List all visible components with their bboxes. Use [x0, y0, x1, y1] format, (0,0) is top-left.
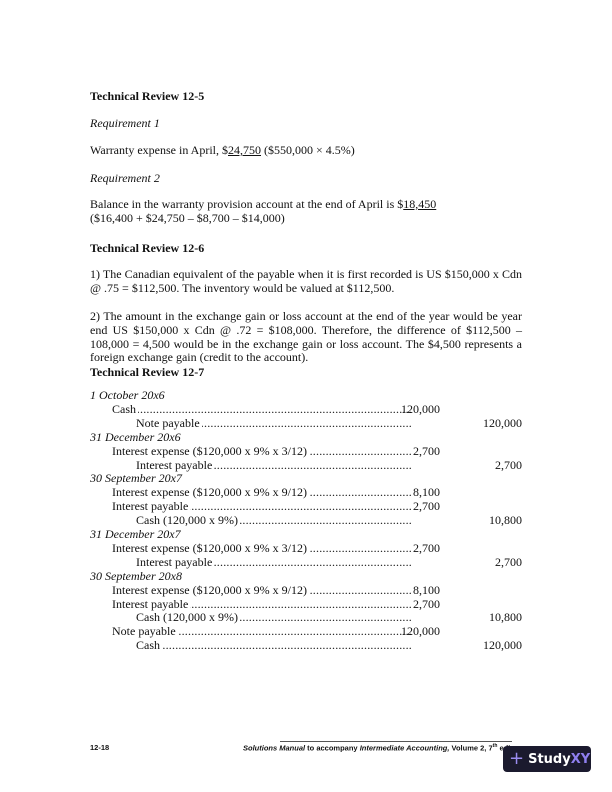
requirement-1-label: Requirement 1: [90, 116, 160, 131]
account-name: ........................................…: [112, 598, 412, 612]
account-name: ........................................…: [112, 403, 412, 417]
journal-date: 1 October 20x6: [90, 389, 522, 403]
debit-amount: 8,100: [413, 584, 440, 598]
account-name: ........................................…: [112, 486, 412, 500]
credit-amount: 10,800: [489, 611, 522, 625]
journal-row: ........................................…: [90, 417, 522, 431]
account-name: ........................................…: [112, 445, 412, 459]
journal-date: 31 December 20x7: [90, 528, 522, 542]
account-name: ........................................…: [136, 459, 412, 473]
studyxy-badge[interactable]: + StudyXY: [503, 746, 591, 772]
account-name: ........................................…: [112, 625, 412, 639]
journal-row: ........................................…: [90, 598, 522, 612]
journal-row: ........................................…: [90, 556, 522, 570]
account-name: ........................................…: [136, 611, 412, 625]
debit-amount: 2,700: [413, 598, 440, 612]
journal-row: ........................................…: [90, 500, 522, 514]
entry-date: 1 October 20x6: [90, 389, 165, 403]
journal-date: 31 December 20x6: [90, 431, 522, 445]
section-heading-12-6: Technical Review 12-6: [90, 241, 204, 256]
journal-row: ........................................…: [90, 445, 522, 459]
debit-amount: 2,700: [413, 445, 440, 459]
journal-row: ........................................…: [90, 486, 522, 500]
account-name: ........................................…: [136, 639, 412, 653]
paragraph-12-6-part-2: 2) The amount in the exchange gain or lo…: [90, 310, 522, 365]
entry-date: 30 September 20x8: [90, 570, 182, 584]
account-name: ........................................…: [112, 542, 412, 556]
credit-amount: 120,000: [483, 417, 522, 431]
account-name: ........................................…: [136, 556, 412, 570]
journal-row: ........................................…: [90, 611, 522, 625]
footer-title: Solutions Manual to accompany Intermedia…: [243, 743, 510, 753]
requirement-1-answer: Warranty expense in April, $24,750 ($550…: [90, 144, 522, 158]
warranty-expense-amount: 24,750: [228, 143, 261, 157]
requirement-2-answer: Balance in the warranty provision accoun…: [90, 198, 522, 226]
journal-row: ........................................…: [90, 459, 522, 473]
entry-date: 31 December 20x6: [90, 431, 181, 445]
paragraph-12-6-part-1: 1) The Canadian equivalent of the payabl…: [90, 268, 522, 296]
account-name: ........................................…: [112, 500, 412, 514]
journal-date: 30 September 20x7: [90, 472, 522, 486]
credit-amount: 2,700: [495, 459, 522, 473]
section-heading-12-5: Technical Review 12-5: [90, 89, 204, 104]
journal-row: ........................................…: [90, 639, 522, 653]
journal-date: 30 September 20x8: [90, 570, 522, 584]
page-number: 12-18: [90, 743, 109, 752]
entry-date: 31 December 20x7: [90, 528, 181, 542]
credit-amount: 120,000: [483, 639, 522, 653]
section-heading-12-7: Technical Review 12-7: [90, 365, 204, 380]
requirement-2-label: Requirement 2: [90, 171, 160, 186]
footer-rule: [280, 741, 512, 742]
debit-amount: 120,000: [401, 625, 440, 639]
journal-row: ........................................…: [90, 542, 522, 556]
provision-balance-amount: 18,450: [403, 197, 436, 211]
credit-amount: 10,800: [489, 514, 522, 528]
journal-row: ........................................…: [90, 514, 522, 528]
credit-amount: 2,700: [495, 556, 522, 570]
debit-amount: 2,700: [413, 500, 440, 514]
debit-amount: 2,700: [413, 542, 440, 556]
brand-name: StudyXY: [528, 752, 590, 767]
entry-date: 30 September 20x7: [90, 472, 182, 486]
journal-row: ........................................…: [90, 625, 522, 639]
journal-row: ........................................…: [90, 403, 522, 417]
account-name: ........................................…: [136, 514, 412, 528]
journal-row: ........................................…: [90, 584, 522, 598]
account-name: ........................................…: [136, 417, 412, 431]
plus-icon: +: [509, 750, 524, 768]
debit-amount: 120,000: [401, 403, 440, 417]
debit-amount: 8,100: [413, 486, 440, 500]
account-name: ........................................…: [112, 584, 412, 598]
